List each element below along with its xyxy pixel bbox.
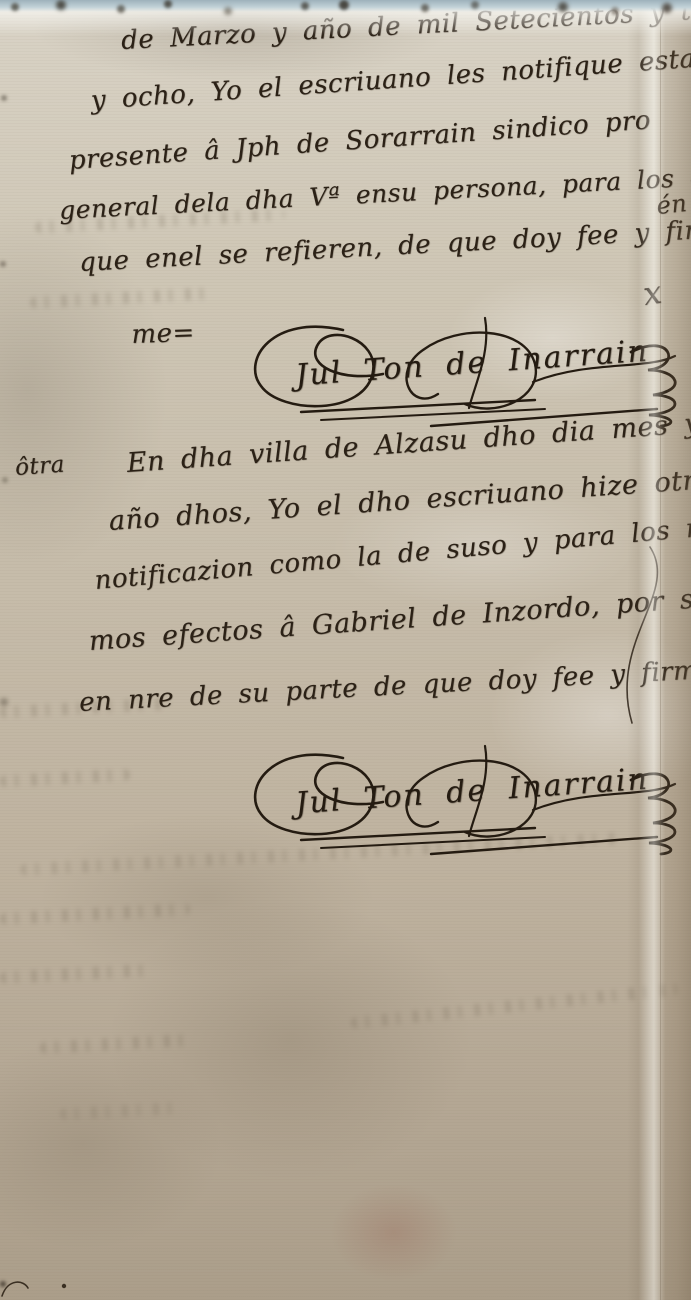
- bleedthrough-row: [30, 287, 210, 308]
- manuscript-line: me=: [131, 318, 195, 350]
- manuscript-line: y ocho, Yo el escriuano les notifique es…: [90, 43, 691, 116]
- torn-edge-blobs: [0, 0, 6, 6]
- page-fold-crease: [660, 0, 661, 1300]
- ink-mark-bottom-left: [0, 1272, 80, 1300]
- bleedthrough-row: [0, 964, 150, 984]
- bleedthrough-row: [0, 903, 190, 925]
- manuscript-line: presente â Jph de Sorarrain sindico pro: [68, 105, 652, 176]
- bleedthrough-row: [40, 1034, 190, 1054]
- bleedthrough-row: [350, 983, 679, 1029]
- manuscript-page: de Marzo y año de mil Setecientos y trei…: [0, 0, 691, 1300]
- signature-block: Jul Ton de Inarrain: [233, 740, 691, 862]
- scanner-background-strip: [0, 0, 691, 12]
- margin-note: ôtra: [14, 452, 65, 481]
- ink-flourish-curve: [592, 545, 691, 740]
- bleedthrough-row: [60, 1102, 180, 1120]
- bleedthrough-row: [0, 769, 130, 788]
